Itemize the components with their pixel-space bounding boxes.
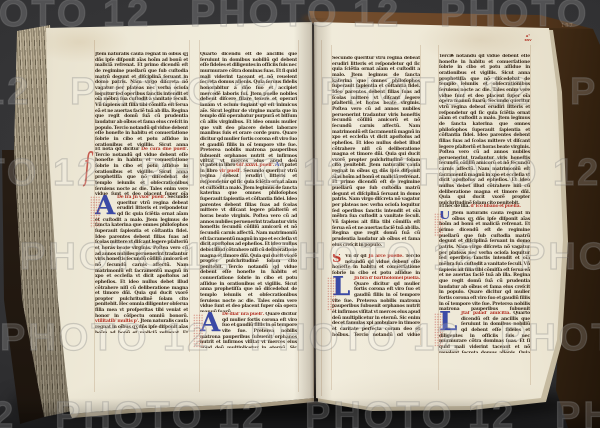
text-column-left-1: Jtem naturalis cauſa regnat in oĩbus qʒ … xyxy=(95,52,188,335)
text-block: Quarto dicendũ eſt de ancillis que ſerui… xyxy=(200,52,297,162)
text-block: Et nota qd dicitur De cura dñe puell'. T… xyxy=(95,147,188,195)
text-column-right-1: Secundo queritur vtrũ regina debeat erud… xyxy=(332,56,420,338)
body-text: Et nota qd dicitur xyxy=(95,147,139,152)
illuminated-initial: A xyxy=(200,312,221,334)
text-block: SVñ dr̃ qd Jn arce puelle. Tercio notand… xyxy=(332,254,420,276)
text-block: ADe ira Jn vxor' puell'. Secundo queritu… xyxy=(95,195,188,333)
text-block: Jtem naturalis cauſa regnat in oĩbus qʒ … xyxy=(95,52,188,147)
body-text: Jtem naturalis cauſa regnat in oĩbus qʒ … xyxy=(332,163,420,247)
lombard-initial: S xyxy=(332,254,344,265)
rubric: Jtal' palad' amicitia. xyxy=(461,311,511,316)
folio-number: 157 xyxy=(561,23,573,29)
rubric: vtilitatib' multis p'. xyxy=(95,319,139,324)
body-text: Jtem naturalis cauſa regnat in oĩbus qʒ … xyxy=(439,211,530,295)
text-block: Tercio notandũ qd vidue debent eſſe hone… xyxy=(439,54,530,204)
rubric: De ira Jn vxor' puell'. xyxy=(117,195,166,200)
body-text: Vñ dr̃ qd xyxy=(345,254,366,259)
body-text: Tercio notandũ qd vidue debent eſſe hone… xyxy=(200,265,297,312)
rubric: d' ſcõ libano et puella. xyxy=(470,204,520,209)
penwork-filigree xyxy=(193,314,203,348)
text-column-left-2: Quarto dicendũ eſt de ancillis que ſerui… xyxy=(200,52,297,350)
rubric: Jn arce puelle. xyxy=(368,254,403,259)
body-text: Quarto dicendũ eſt de ancillis que ſerui… xyxy=(200,52,297,136)
body-text: Tercio notandũ qd vidue debent eſſe hone… xyxy=(439,54,530,104)
ruling-line xyxy=(530,45,531,385)
gutter-shadow xyxy=(294,18,332,404)
quire-mark: a° xxv xyxy=(519,34,537,43)
manuscript-photo: Jtem naturalis cauſa regnat in oĩbus qʒ … xyxy=(0,0,600,428)
body-text: vt patet in libro xyxy=(200,163,235,168)
rubric: De cura dñe puell'. xyxy=(141,147,188,152)
ruling-line xyxy=(420,45,421,345)
text-column-right-2: Tercio notandũ qd vidue debent eſſe hone… xyxy=(439,54,530,355)
rubric: vir puell'. xyxy=(219,169,241,174)
ink-spot xyxy=(451,54,453,56)
body-text: Secundo queritur vtrũ regina debeat erud… xyxy=(200,169,297,270)
body-text: Secundo queritur vtrũ regina debeat erud… xyxy=(332,56,420,168)
text-block: ADe dial' nr̃a puell'. Quare dicitur qd … xyxy=(200,312,297,348)
ruling-line xyxy=(189,40,190,352)
penwork-filigree xyxy=(90,196,100,228)
text-block: UJtem naturalis cauſa regnat in oĩbus qʒ… xyxy=(439,211,530,311)
body-text: Secundo queritur vtrũ regina debeat erud… xyxy=(439,99,530,204)
text-block: vt patet in libro Gil'.xxxvi. puell'. Av… xyxy=(200,162,297,312)
red-penwork-flourish: ſ xyxy=(84,150,91,186)
penwork-filigree xyxy=(434,313,443,347)
body-text: Et hec de illa. xyxy=(439,204,470,209)
body-text: Jtem naturalis cauſa regnat in oĩbus qʒ … xyxy=(95,52,188,131)
text-block: Secundo queritur vtrũ regina debeat erud… xyxy=(332,56,420,254)
text-block: LJtal' palad' amicitia. Quarto dicendũ e… xyxy=(439,311,530,353)
body-text: Tercio notandũ qd vidue debent eſſe hone… xyxy=(95,153,188,195)
text-block: LJn br̃a d' bartholomei puella. Quare di… xyxy=(332,276,420,336)
rubric: Gil'.xxxvi. puell'. xyxy=(236,163,274,168)
rubric: De dial' nr̃a puell'. xyxy=(222,312,264,317)
text-block: Et hec de illa. d' ſcõ libano et puella. xyxy=(439,204,530,211)
rubric: Jn br̃a d' bartholomei puella. xyxy=(354,276,420,281)
bottom-shadow xyxy=(0,398,600,428)
penwork-filigree xyxy=(434,213,443,237)
